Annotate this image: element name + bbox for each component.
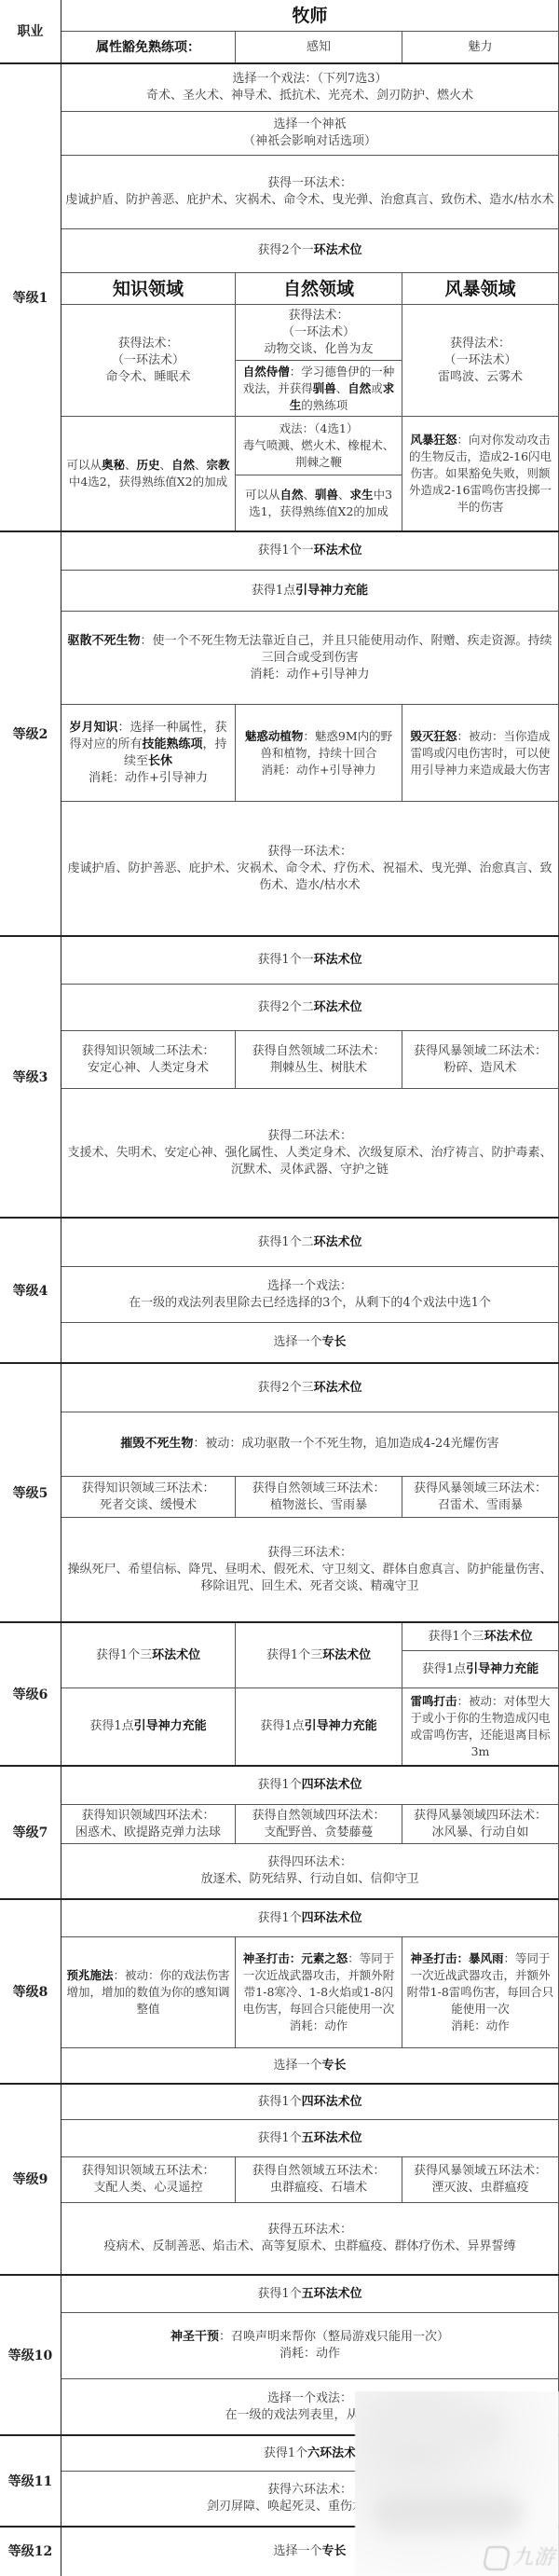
text: 获得1点 — [89, 1719, 133, 1733]
l9-spells: 获得五环法术：疫病术、反制善恶、焰击术、高等复原术、虫群瘟疫、群体疗伤术、异界誓… — [61, 2203, 559, 2275]
text-line: 获得知识领域四环法术： — [65, 1808, 231, 1825]
level-label: 等级3 — [13, 1069, 48, 1086]
feature-name: 岁月知识 — [69, 721, 117, 735]
slots-bold: 环法术位 — [152, 1648, 200, 1662]
divine-strike-tempest: 神圣打击：暴风雨：等同于一次近战武器攻击，并额外附带1-8雷鸣伤害，每回合只能使… — [402, 1937, 559, 2048]
spells-list: 虔诚护盾、防护善恶、庇护术、灾祸术、命令术、疗伤术、祝福术、曳光弹、治愈真言、致… — [65, 861, 554, 894]
spells-heading: 获得一环法术： — [65, 175, 554, 192]
knowledge-l5-spells: 获得知识领域三环法术：死者交谈、缓慢术 — [61, 1477, 236, 1518]
knowledge-l7-spells: 获得知识领域四环法术：困惑术、欧提路克弹力法球 — [61, 1805, 236, 1844]
tempest-l3-spells: 获得风暴领域二环法术：粉碎、造风术 — [402, 1031, 559, 1089]
knowledge-l6-channel: 获得1点引导神力充能 — [61, 1688, 236, 1766]
tempest-wrath: 风暴狂怒：向对你发动攻击的生物反击，造成2-16闪电伤害。如果豁免失败，则额外造… — [402, 417, 559, 531]
text-line: 获得自然领域二环法术： — [239, 1043, 398, 1060]
feature-name: 魅惑动植物 — [245, 729, 304, 743]
l2-spell-slots: 获得1个一环法术位 — [61, 532, 559, 571]
slots-bold: 六环法术 — [307, 2446, 356, 2460]
text-line: 动物交谈、化兽为友 — [239, 341, 398, 358]
text: 获得1点 — [422, 1662, 466, 1676]
text: 选择一个 — [273, 2059, 321, 2073]
cost-text: 消耗：动作+引导神力 — [65, 667, 554, 683]
knowledge-blessings: 可以从奥秘、历史、自然、宗教中4选2，获得熟练值X2的加成 — [61, 417, 236, 531]
l2-channel-divinity: 获得1点引导神力充能 — [61, 571, 559, 612]
slots-text: 获得1个三 — [266, 1648, 322, 1662]
text: ：召唤声明来帮你（整局游戏只能用一次） — [219, 2330, 449, 2344]
level-label: 等级7 — [13, 1825, 48, 1841]
slots-bold: 四环法术位 — [302, 1911, 362, 1925]
cleric-progression-table: 职业 牧师 属性豁免熟练项： 感知 魅力 等级1 选择一个戏法：（下列7选3）奇… — [0, 0, 559, 2576]
text-line: （一环法术） — [239, 324, 398, 341]
saving-throw-charisma: 魅力 — [402, 32, 559, 63]
spells-list: 虔诚护盾、防护善恶、庇护术、灾祸术、命令术、曳光弹、治愈真言、致伤术、造水/枯水… — [65, 192, 554, 209]
cost-text: 消耗：动作+引导神力 — [239, 762, 398, 778]
l4-spell-slots: 获得1个二环法术位 — [61, 1219, 559, 1267]
text-line: 植物滋长、雪雨暴 — [239, 1497, 398, 1514]
spells-heading: 获得四环法术： — [65, 1854, 554, 1871]
text: ：被动：成功驱散一个不死生物，追加造成4-24光耀伤害 — [193, 1437, 498, 1451]
text-line: 粉碎、造风术 — [406, 1060, 554, 1077]
spells-list: 支援术、失明术、安定心神、强化属性、人类定身术、次级复原术、治疗祷言、防护毒素、… — [65, 1145, 554, 1178]
slots-bold: 环法术位 — [314, 1381, 362, 1395]
nature-l1-spells: 获得法术：（一环法术）动物交谈、化兽为友 — [236, 305, 402, 361]
text-line: 死者交谈、缓慢术 — [65, 1497, 231, 1514]
level-1-label: 等级1 — [0, 64, 61, 531]
bold-text: 宗教 — [207, 458, 230, 472]
text-line: 毒气喷溅、燃火术、橡棍术、荆棘之鞭 — [239, 437, 398, 471]
feature-name: 神圣打击：暴风雨 — [410, 1951, 503, 1965]
level-label: 等级11 — [8, 2473, 52, 2490]
saving-throws-label: 属性豁免熟练项： — [96, 39, 200, 56]
l8-spell-slots: 获得1个四环法术位 — [61, 1900, 559, 1937]
bold-text: 求生 — [350, 488, 374, 502]
spells-heading: 获得二环法术： — [65, 1128, 554, 1145]
bold-text: 自然 — [348, 381, 371, 395]
text: 获得1点 — [260, 1719, 304, 1733]
nature-l6-slot: 获得1个三环法术位 — [236, 1623, 402, 1688]
l9-slots-5: 获得1个五环法术位 — [61, 2120, 559, 2157]
text: 的熟练项 — [301, 398, 348, 412]
l10-divine-intervention: 神圣干预：召唤声明来帮你（整局游戏只能用一次）消耗：动作 — [61, 2313, 559, 2379]
charm-animals-plants: 魅惑动植物：魅惑9M内的野兽和植物，持续十回合消耗：动作+引导神力 — [236, 705, 402, 802]
watermark-logo-icon — [482, 2546, 511, 2570]
slots-bold: 五环法术位 — [302, 2287, 362, 2301]
level-2-label: 等级2 — [0, 532, 61, 936]
text: 、 — [160, 458, 172, 472]
level-label: 等级2 — [13, 726, 48, 743]
text-line: 雷鸣波、云雾术 — [406, 369, 554, 386]
slots-text: 获得1个 — [257, 2131, 301, 2145]
bold-text: 自然 — [171, 458, 195, 472]
destructive-wrath: 毁灭狂怒：被动：当你造成雷鸣或闪电伤害时，可以使用引导神力来造成最大伤害 — [402, 705, 559, 802]
level-10-label: 等级10 — [0, 2276, 61, 2435]
level-8-label: 等级8 — [0, 1900, 61, 2084]
text-line: 获得知识领域五环法术： — [65, 2163, 231, 2180]
text-line: （一环法术） — [65, 352, 231, 369]
l5-destroy-undead: 摧毁不死生物：被动：成功驱散一个不死生物，追加造成4-24光耀伤害 — [61, 1412, 559, 1477]
text-line: 获得自然领域四环法术： — [239, 1808, 398, 1825]
bold-text: 引导神力充能 — [305, 1719, 377, 1733]
text: 选择一个 — [273, 1335, 321, 1349]
nature-l5-spells: 获得自然领域三环法术：植物滋长、雪雨暴 — [236, 1477, 402, 1518]
l1-spell-slots: 获得2个一环法术位 — [61, 229, 559, 273]
slots-text: 获得2个二 — [257, 1000, 313, 1014]
text-line: 选择一个戏法： — [65, 1278, 554, 1295]
l4-feat: 选择一个专长 — [61, 1323, 559, 1363]
level-label: 等级10 — [8, 2348, 52, 2364]
slots-bold: 五环法术位 — [302, 2131, 362, 2145]
text: 选择一个 — [273, 2544, 321, 2558]
bold-text: 引导神力充能 — [134, 1719, 207, 1733]
text-line: 获得风暴领域二环法术： — [406, 1043, 554, 1060]
l2-spells: 获得一环法术：虔诚护盾、防护善恶、庇护术、灾祸术、命令术、疗伤术、祝福术、曳光弹… — [61, 802, 559, 936]
blur-overlay: 九游 — [355, 2391, 559, 2576]
cost-text: 消耗：动作 — [65, 2346, 554, 2362]
bold-text: 历史 — [136, 458, 159, 472]
slots-bold: 环法术位 — [484, 1630, 533, 1644]
cost-text: 消耗：动作 — [406, 2018, 554, 2034]
potent-spellcasting: 预兆施法：被动：你的戏法伤害增加，增加的数值为你的感知调整值 — [61, 1937, 236, 2048]
slots-bold: 环法术位 — [314, 1000, 362, 1014]
slots-bold: 环法术位 — [314, 953, 362, 967]
profession-label: 职业 — [18, 23, 44, 40]
blur-smudge — [374, 2410, 504, 2447]
nature-acolyte: 自然侍僧：学习德鲁伊的一种戏法，并获得驯兽、自然或求生的熟练项 — [236, 361, 402, 417]
text-line: 荆棘丛生、树肤术 — [239, 1060, 398, 1077]
feature-name: 神圣打击：元素之怒 — [243, 1951, 348, 1965]
slots-bold: 四环法术位 — [302, 1778, 362, 1792]
blur-smudge — [374, 2494, 523, 2531]
bold-text: 自然 — [279, 488, 303, 502]
text-line: 支配人类、心灵遥控 — [65, 2180, 231, 2197]
bold-text: 专长 — [322, 1335, 347, 1349]
feature-name: 雷鸣打击 — [410, 1694, 457, 1708]
l9-slots-4: 获得1个四环法术位 — [61, 2085, 559, 2120]
level-11-label: 等级11 — [0, 2436, 61, 2527]
slots-text: 获得1个三 — [428, 1630, 484, 1644]
text-line: 冰风暴、行动自如 — [406, 1825, 554, 1841]
class-name: 牧师 — [292, 7, 327, 24]
class-title: 牧师 — [61, 0, 559, 32]
level-7-label: 等级7 — [0, 1767, 61, 1899]
text: 、 — [336, 381, 348, 395]
spells-heading: 获得三环法术： — [65, 1545, 554, 1562]
text-line: 获得法术： — [406, 336, 554, 352]
feature-name: 驱散不死生物 — [67, 634, 140, 648]
tempest-l7-spells: 获得风暴领域四环法术：冰风暴、行动自如 — [402, 1805, 559, 1844]
knowledge-l6-slot: 获得1个三环法术位 — [61, 1623, 236, 1688]
text-line: 获得风暴领域四环法术： — [406, 1808, 554, 1825]
text: 、 — [304, 488, 316, 502]
domain-header-nature: 自然领域 — [236, 273, 402, 305]
knowledge-l9-spells: 获得知识领域五环法术：支配人类、心灵遥控 — [61, 2157, 236, 2203]
profession-header: 职业 — [0, 0, 61, 63]
cantrip-list: 奇术、圣火术、神导术、抵抗术、光亮术、剑刃防护、燃火术 — [65, 88, 554, 104]
bold-text: 专长 — [322, 2544, 347, 2558]
level-12-label: 等级12 — [0, 2528, 61, 2576]
domain-title: 风暴领域 — [444, 281, 515, 297]
l2-turn-undead: 驱散不死生物：使一个不死生物无法靠近自己，并且只能使用动作、附赠、疾走资源。持续… — [61, 612, 559, 705]
text-line: 获得法术： — [239, 308, 398, 324]
text: 或 — [371, 381, 383, 395]
text-line: 获得风暴领域五环法术： — [406, 2163, 554, 2180]
bold-text: 引导神力充能 — [295, 584, 368, 598]
text-line: 困惑术、欧提路克弹力法球 — [65, 1825, 231, 1841]
cost-text: 消耗：动作 — [239, 2018, 398, 2034]
spells-heading: 获得一环法术： — [65, 844, 554, 861]
level-label: 等级4 — [13, 1283, 48, 1300]
l3-spells: 获得二环法术：支援术、失明术、安定心神、强化属性、人类定身术、次级复原术、治疗祷… — [61, 1089, 559, 1218]
l3-slots-1: 获得1个一环法术位 — [61, 937, 559, 985]
slots-text: 获得2个一 — [257, 243, 313, 257]
feature-name: 神圣干预 — [170, 2330, 219, 2344]
tempest-l9-spells: 获得风暴领域五环法术：湮灭波、虫群瘟疫 — [402, 2157, 559, 2203]
text-line: 获得法术： — [65, 336, 231, 352]
level-label: 等级12 — [8, 2543, 52, 2560]
slots-text: 获得1个三 — [96, 1648, 152, 1662]
bold-text: 长休 — [148, 754, 172, 768]
slots-text: 获得1个 — [257, 1778, 301, 1792]
l5-spells: 获得三环法术：操纵死尸、希望信标、降咒、昼明术、假死术、守卫刻文、群体自愈真言、… — [61, 1518, 559, 1622]
l3-slots-2: 获得2个二环法术位 — [61, 985, 559, 1031]
spells-list: 操纵死尸、希望信标、降咒、昼明术、假死术、守卫刻文、群体自愈真言、防护能量伤害、… — [65, 1562, 554, 1595]
knowledge-of-ages: 岁月知识：选择一种属性，获得对应的所有技能熟练项，持续至长休消耗：动作+引导神力 — [61, 705, 236, 802]
level-label: 等级5 — [13, 1485, 48, 1502]
spells-heading: 获得五环法术： — [65, 2222, 554, 2239]
slots-text: 获得1个一 — [257, 544, 313, 558]
bold-text: 奥秘 — [102, 458, 125, 472]
text-line: 湮灭波、虫群瘟疫 — [406, 2180, 554, 2197]
feature-name: 自然侍僧 — [243, 365, 290, 379]
text-line: 获得自然领域五环法术： — [239, 2163, 398, 2180]
level-4-label: 等级4 — [0, 1219, 61, 1363]
domain-header-knowledge: 知识领域 — [61, 273, 236, 305]
feature-name: 预兆施法 — [66, 1968, 113, 1982]
cantrip-heading: 选择一个戏法：（下列7选3） — [65, 71, 554, 88]
text: 可以从 — [66, 458, 102, 472]
slots-bold: 环法术位 — [322, 1648, 371, 1662]
spells-list: 疫病术、反制善恶、焰击术、高等复原术、虫群瘟疫、群体疗伤术、异界誓缚 — [65, 2239, 554, 2255]
knowledge-l3-spells: 获得知识领域二环法术：安定心神、人类定身术 — [61, 1031, 236, 1089]
slots-bold: 环法术位 — [314, 544, 362, 558]
saving-throw-wisdom: 感知 — [236, 32, 402, 63]
slots-bold: 四环法术位 — [302, 2095, 362, 2109]
l7-spells: 获得四环法术：放逐术、防死结界、行动自如、信仰守卫 — [61, 1844, 559, 1899]
cost-text: 消耗：动作+引导神力 — [65, 770, 231, 787]
text: 、 — [125, 458, 137, 472]
watermark: 九游 — [484, 2542, 555, 2570]
thunderbolt-strike: 雷鸣打击：被动：对体型大于或小于你的生物造成闪电或雷鸣伤害，还能退离目标3m — [402, 1688, 559, 1766]
l1-spells: 获得一环法术：虔诚护盾、防护善恶、庇护术、灾祸术、命令术、曳光弹、治愈真言、致伤… — [61, 156, 559, 229]
text-line: 获得知识领域三环法术： — [65, 1481, 231, 1497]
slots-text: 获得1个一 — [257, 953, 313, 967]
l4-cantrip-choice: 选择一个戏法：在一级的戏法列表里除去已经选择的3个，从剩下的4个戏法中选1个 — [61, 1267, 559, 1323]
bold-text: 专长 — [322, 2059, 347, 2073]
domain-title: 知识领域 — [113, 281, 184, 297]
text: 中4选2，获得熟练值X2的加成 — [69, 475, 227, 489]
saving-throw-value: 魅力 — [468, 39, 492, 56]
saving-throws-label-cell: 属性豁免熟练项： — [61, 32, 236, 63]
text-line: 安定心神、人类定身术 — [65, 1060, 231, 1077]
divine-strike-elemental: 神圣打击：元素之怒：等同于一次近战武器攻击，并额外附带1-8寒冷、1-8火焰或1… — [236, 1937, 402, 2048]
l10-spell-slots: 获得1个五环法术位 — [61, 2276, 559, 2313]
domain-title: 自然领域 — [283, 281, 354, 297]
l1-deity-choice: 选择一个神祇（神祇会影响对话选项） — [61, 112, 559, 156]
level-label: 等级6 — [13, 1687, 48, 1703]
level-label: 等级8 — [13, 1984, 48, 2001]
nature-cantrip-choice: 戏法：（4选1）毒气喷溅、燃火术、橡棍术、荆棘之鞭 — [236, 417, 402, 475]
text-line: 召雷术、雪雨暴 — [406, 1497, 554, 1514]
tempest-l6-channel: 获得1点引导神力充能 — [402, 1651, 559, 1688]
slots-text: 获得1个 — [257, 1911, 301, 1925]
feature-name: 毁灭狂怒 — [410, 729, 457, 743]
level-9-label: 等级9 — [0, 2085, 61, 2275]
feature-name: 摧毁不死生物 — [120, 1437, 193, 1451]
text-line: 支配野兽、贪婪藤蔓 — [239, 1825, 398, 1841]
slots-text: 获得1个 — [264, 2446, 307, 2460]
feature-name: 风暴狂怒 — [410, 433, 457, 447]
text-line: 戏法：（4选1） — [239, 420, 398, 437]
saving-throw-value: 感知 — [307, 39, 331, 56]
text-line: 获得知识领域二环法术： — [65, 1043, 231, 1060]
watermark-text: 九游 — [512, 2546, 555, 2569]
slots-text: 获得1个二 — [257, 1235, 313, 1249]
text: 、 — [338, 488, 350, 502]
spells-list: 放逐术、防死结界、行动自如、信仰守卫 — [65, 1871, 554, 1888]
text: 可以从 — [245, 488, 280, 502]
deity-note: （神祇会影响对话选项） — [65, 133, 554, 150]
slots-text: 获得1个 — [257, 2287, 301, 2301]
knowledge-l1-spells: 获得法术：（一环法术）命令术、睡眠术 — [61, 305, 236, 417]
level-5-label: 等级5 — [0, 1364, 61, 1622]
level-3-label: 等级3 — [0, 937, 61, 1218]
bold-text: 驯兽 — [313, 381, 336, 395]
nature-l3-spells: 获得自然领域二环法术：荆棘丛生、树肤术 — [236, 1031, 402, 1089]
nature-skill-bonus: 可以从自然、驯兽、求生中3选1，获得熟练值X2的加成 — [236, 475, 402, 531]
text-line: 虫群瘟疫、石墙术 — [239, 2180, 398, 2197]
l5-spell-slots: 获得2个三环法术位 — [61, 1364, 559, 1412]
domain-header-tempest: 风暴领域 — [402, 273, 559, 305]
bold-text: 引导神力充能 — [466, 1662, 539, 1676]
bold-text: 技能熟练项 — [142, 737, 202, 751]
l1-cantrip-choice: 选择一个戏法：（下列7选3）奇术、圣火术、神导术、抵抗术、光亮术、剑刃防护、燃火… — [61, 64, 559, 112]
nature-l6-channel: 获得1点引导神力充能 — [236, 1688, 402, 1766]
text-line: 命令术、睡眠术 — [65, 369, 231, 386]
l7-spell-slots: 获得1个四环法术位 — [61, 1767, 559, 1805]
slots-bold: 环法术位 — [314, 243, 362, 257]
nature-l7-spells: 获得自然领域四环法术：支配野兽、贪婪藤蔓 — [236, 1805, 402, 1844]
nature-l9-spells: 获得自然领域五环法术：虫群瘟疫、石墙术 — [236, 2157, 402, 2203]
text: 获得1点 — [252, 584, 295, 598]
slots-bold: 环法术位 — [314, 1235, 362, 1249]
level-label: 等级1 — [13, 290, 48, 307]
bold-text: 驯兽 — [315, 488, 338, 502]
level-6-label: 等级6 — [0, 1623, 61, 1766]
tempest-l6-slot: 获得1个三环法术位 — [402, 1623, 559, 1651]
slots-text: 获得1个 — [257, 2095, 301, 2109]
tempest-l1-spells: 获得法术：（一环法术）雷鸣波、云雾术 — [402, 305, 559, 417]
slots-text: 获得2个三 — [257, 1381, 313, 1395]
text-line: 获得风暴领域三环法术： — [406, 1481, 554, 1497]
deity-heading: 选择一个神祇 — [65, 117, 554, 133]
tempest-l5-spells: 获得风暴领域三环法术：召雷术、雪雨暴 — [402, 1477, 559, 1518]
text-line: （一环法术） — [406, 352, 554, 369]
text-line: 获得自然领域三环法术： — [239, 1481, 398, 1497]
l8-feat: 选择一个专长 — [61, 2048, 559, 2084]
text: 、 — [195, 458, 207, 472]
text-line: 在一级的戏法列表里除去已经选择的3个，从剩下的4个戏法中选1个 — [65, 1295, 554, 1312]
text: ：使一个不死生物无法靠近自己，并且只能使用动作、附赠、疾走资源。持续三回合或受到… — [141, 634, 552, 665]
level-label: 等级9 — [13, 2171, 48, 2188]
